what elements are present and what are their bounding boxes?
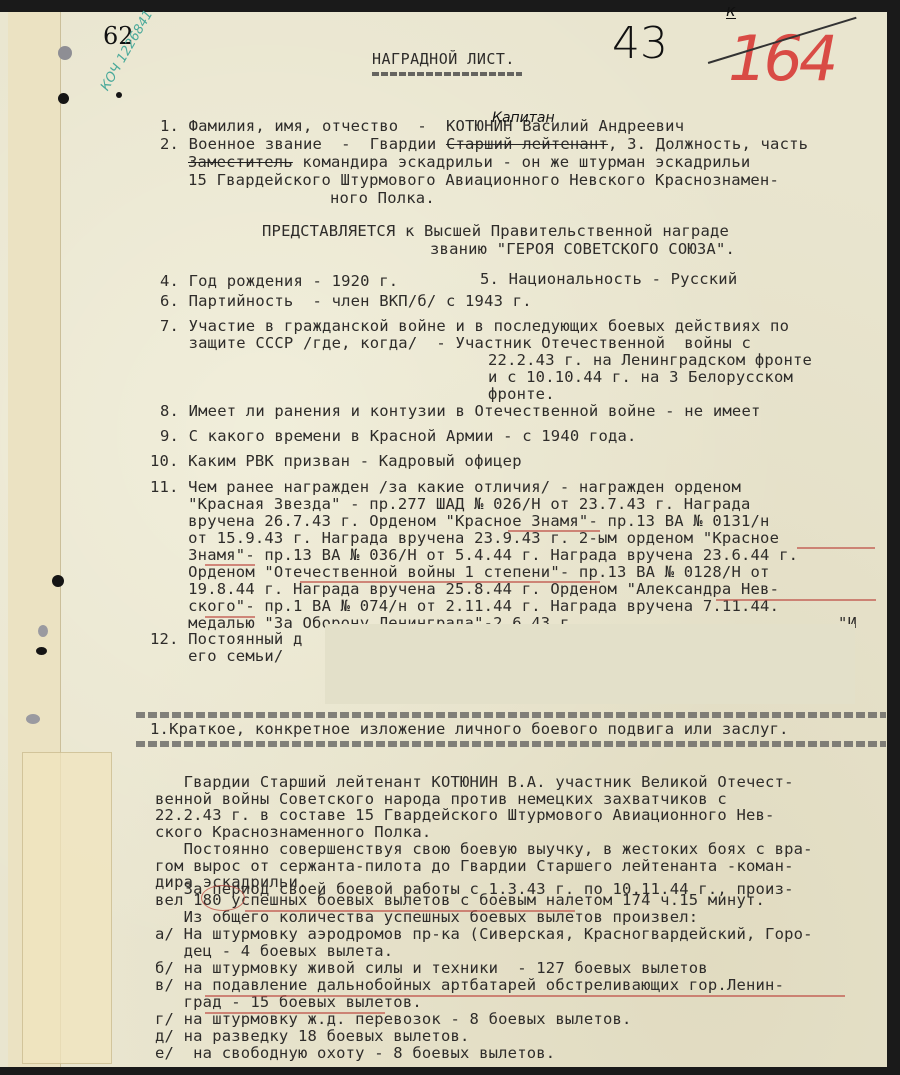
red-underline — [716, 599, 876, 601]
title-underline — [372, 72, 522, 76]
red-underline — [508, 530, 600, 532]
redacted-area — [325, 624, 855, 704]
field-rank: 2. Военное звание - Гвардии Старший лейт… — [160, 135, 808, 154]
item-draft-office: 10. Каким РВК призван - Кадровый офицер — [150, 452, 522, 471]
red-underline — [245, 910, 575, 912]
item-wounds: 8. Имеет ли ранения и контузии в Отечест… — [160, 402, 761, 421]
red-underline — [797, 547, 875, 549]
handwritten-rank-correction: Капитан — [492, 110, 555, 126]
document-title: НАГРАДНОЙ ЛИСТ. — [372, 50, 515, 68]
position-struck: Заместитель — [188, 153, 293, 171]
red-underline — [205, 564, 255, 566]
rank-struck: Старший лейтенант — [446, 135, 608, 153]
red-underline — [300, 581, 600, 583]
item-service-start: 9. С какого времени в Красной Армии - с … — [160, 427, 637, 446]
presentation-line2: званию "ГЕРОЯ СОВЕТСКОГО СОЮЗА". — [430, 240, 735, 259]
punch-hole — [116, 92, 122, 98]
presentation-line1: ПРЕДСТАВЛЯЕТСЯ к Высшей Правительственно… — [262, 222, 729, 241]
punch-hole — [58, 46, 72, 60]
field-name: 1. Фамилия, имя, отчество - КОТЮНИН Васи… — [160, 117, 684, 136]
punch-hole — [26, 714, 40, 724]
handwritten-letter: к — [726, 4, 736, 19]
repair-tape — [22, 752, 112, 1064]
handwritten-number: 43 — [612, 18, 668, 69]
field-position-line1: Заместитель командира эскадрильи - он же… — [188, 153, 750, 172]
red-underline — [205, 616, 255, 618]
section-rule-bottom — [136, 741, 886, 747]
position-label: , 3. Должность, часть — [608, 135, 808, 153]
red-underline — [205, 995, 845, 997]
rank-prefix: 2. Военное звание - Гвардии — [160, 135, 446, 153]
handwritten-red-number: 164 — [728, 22, 834, 95]
punch-hole — [36, 647, 47, 655]
punch-hole — [52, 575, 64, 587]
item-nationality: 5. Национальность - Русский — [480, 270, 737, 289]
field-position-line3: ного Полка. — [330, 189, 435, 208]
position-text: командира эскадрильи - он же штурман эск… — [293, 153, 751, 171]
section-heading: 1.Краткое, конкретное изложение личного … — [150, 720, 789, 739]
item-address-2: его семьи/ — [150, 647, 283, 666]
red-circle-annotation — [201, 885, 245, 911]
red-underline — [205, 1012, 385, 1014]
item-birth-year: 4. Год рождения - 1920 г. — [160, 272, 398, 291]
item-party: 6. Партийность - член ВКП/б/ с 1943 г. — [160, 292, 532, 311]
punch-hole — [38, 625, 48, 637]
field-position-line2: 15 Гвардейского Штурмового Авиационного … — [188, 171, 779, 190]
narrative-line: е/ на свободную охоту - 8 боевых вылетов… — [155, 1044, 555, 1063]
section-rule-top — [136, 712, 886, 718]
punch-hole — [58, 93, 69, 104]
